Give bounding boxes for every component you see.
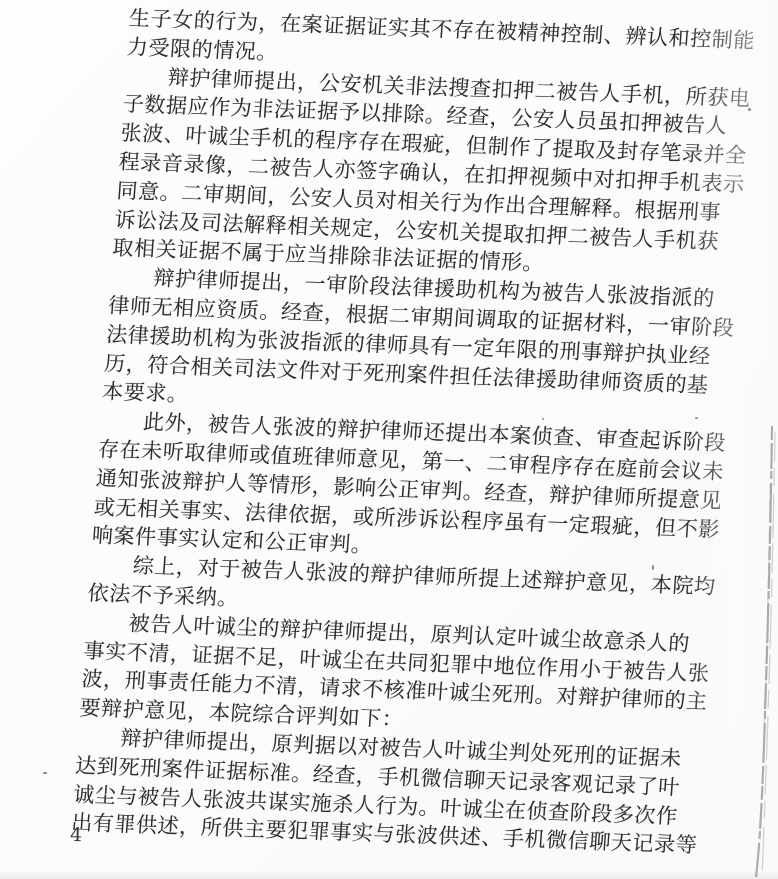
scanned-page: 生子女的行为，在案证据证实其不存在被精神控制、辨认和控制能力受限的情况。辩护律师… bbox=[0, 0, 778, 879]
bottom-edge-shadow bbox=[0, 871, 778, 879]
ink-speck bbox=[43, 772, 47, 774]
text-block: 生子女的行为，在案证据证实其不存在被精神控制、辨认和控制能力受限的情况。辩护律师… bbox=[70, 4, 778, 862]
page-number: 4 bbox=[70, 824, 83, 846]
